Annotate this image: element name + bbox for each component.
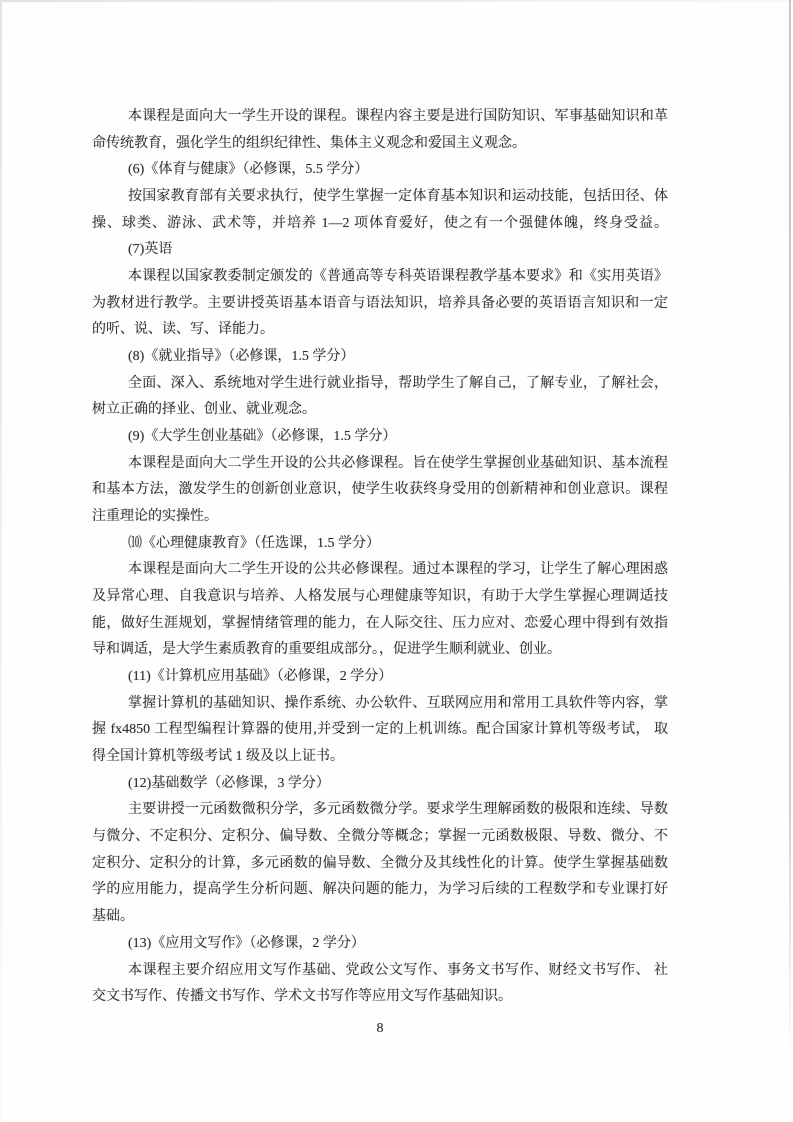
text-line: 的听、说、读、写、译能力。 <box>92 317 668 344</box>
text-line: 树立正确的择业、创业、就业观念。 <box>92 397 668 424</box>
text-line: 注重理论的实操性。 <box>92 504 668 531</box>
text-line: (13)《应用文写作》（必修课，2 学分） <box>92 931 668 958</box>
text-line: 本课程是面向大一学生开设的课程。课程内容主要是进行国防知识、军事基础知识和革 <box>92 104 668 131</box>
text-line: 本课程是面向大二学生开设的公共必修课程。通过本课程的学习，让学生了解心理困惑 <box>92 557 668 584</box>
text-line: 本课程是面向大二学生开设的公共必修课程。旨在使学生掌握创业基础知识、基本流程 <box>92 451 668 478</box>
text-line: (9)《大学生创业基础》（必修课，1.5 学分） <box>92 424 668 451</box>
scanned-document-page: 本课程是面向大一学生开设的课程。课程内容主要是进行国防知识、军事基础知识和革命传… <box>0 0 793 1122</box>
text-line: 定积分、定积分的计算，多元函数的偏导数、全微分及其线性化的计算。使学生掌握基础数 <box>92 851 668 878</box>
text-line: (6)《体育与健康》（必修课，5.5 学分） <box>92 157 668 184</box>
text-line: 学的应用能力，提高学生分析问题、解决问题的能力，为学习后续的工程数学和专业课打好 <box>92 877 668 904</box>
text-line: 得全国计算机等级考试 1 级及以上证书。 <box>92 744 668 771</box>
text-line: ⑽《心理健康教育》（任选课，1.5 学分） <box>92 531 668 558</box>
text-line: 命传统教育，强化学生的组织纪律性、集体主义观念和爱国主义观念。 <box>92 131 668 158</box>
text-line: 及异常心理、自我意识与培养、人格发展与心理健康等知识，有助于大学生掌握心理调适技 <box>92 584 668 611</box>
text-line: 掌握计算机的基础知识、操作系统、办公软件、互联网应用和常用工具软件等内容，掌 <box>92 691 668 718</box>
text-line: 主要讲授一元函数微积分学，多元函数微分学。要求学生理解函数的极限和连续、导数 <box>92 797 668 824</box>
text-line: 操、球类、游泳、武术等，并培养 1—2 项体育爱好，使之有一个强健体魄，终身受益… <box>92 211 668 238</box>
text-line: 基础。 <box>92 904 668 931</box>
text-line: 本课程以国家教委制定颁发的《普通高等专科英语课程教学基本要求》和《实用英语》 <box>92 264 668 291</box>
text-line: (12)基础数学（必修课，3 学分） <box>92 771 668 798</box>
text-line: (7)英语 <box>92 237 668 264</box>
text-line: 握 fx4850 工程型编程计算器的使用,并受到一定的上机训练。配合国家计算机等… <box>92 717 668 744</box>
scan-edge-left <box>0 0 2 1122</box>
text-line: 和基本方法，激发学生的创新创业意识，使学生收获终身受用的创新精神和创业意识。课程 <box>92 477 668 504</box>
scan-edge-right <box>789 0 791 1065</box>
text-line: (11)《计算机应用基础》（必修课，2 学分） <box>92 664 668 691</box>
scan-edge-top <box>0 0 793 2</box>
text-line: 与微分、不定积分、定积分、偏导数、全微分等概念；掌握一元函数极限、导数、微分、不 <box>92 824 668 851</box>
page-number: 8 <box>92 1016 668 1043</box>
document-body: 本课程是面向大一学生开设的课程。课程内容主要是进行国防知识、军事基础知识和革命传… <box>92 104 668 1011</box>
text-line: 本课程主要介绍应用文写作基础、党政公文写作、事务文书写作、财经文书写作、 社 <box>92 958 668 985</box>
text-line: 交文书写作、传播文书写作、学术文书写作等应用文写作基础知识。 <box>92 984 668 1011</box>
text-line: 能，做好生涯规划，掌握情绪管理的能力，在人际交往、压力应对、恋爱心理中得到有效指 <box>92 611 668 638</box>
text-line: 为教材进行教学。主要讲授英语基本语音与语法知识，培养具备必要的英语语言知识和一定 <box>92 291 668 318</box>
text-line: 按国家教育部有关要求执行，使学生掌握一定体育基本知识和运动技能，包括田径、体 <box>92 184 668 211</box>
text-line: 全面、深入、系统地对学生进行就业指导，帮助学生了解自己，了解专业，了解社会， <box>92 371 668 398</box>
text-line: (8)《就业指导》（必修课，1.5 学分） <box>92 344 668 371</box>
text-line: 导和调适，是大学生素质教育的重要组成部分。，促进学生顺利就业、创业。 <box>92 637 668 664</box>
